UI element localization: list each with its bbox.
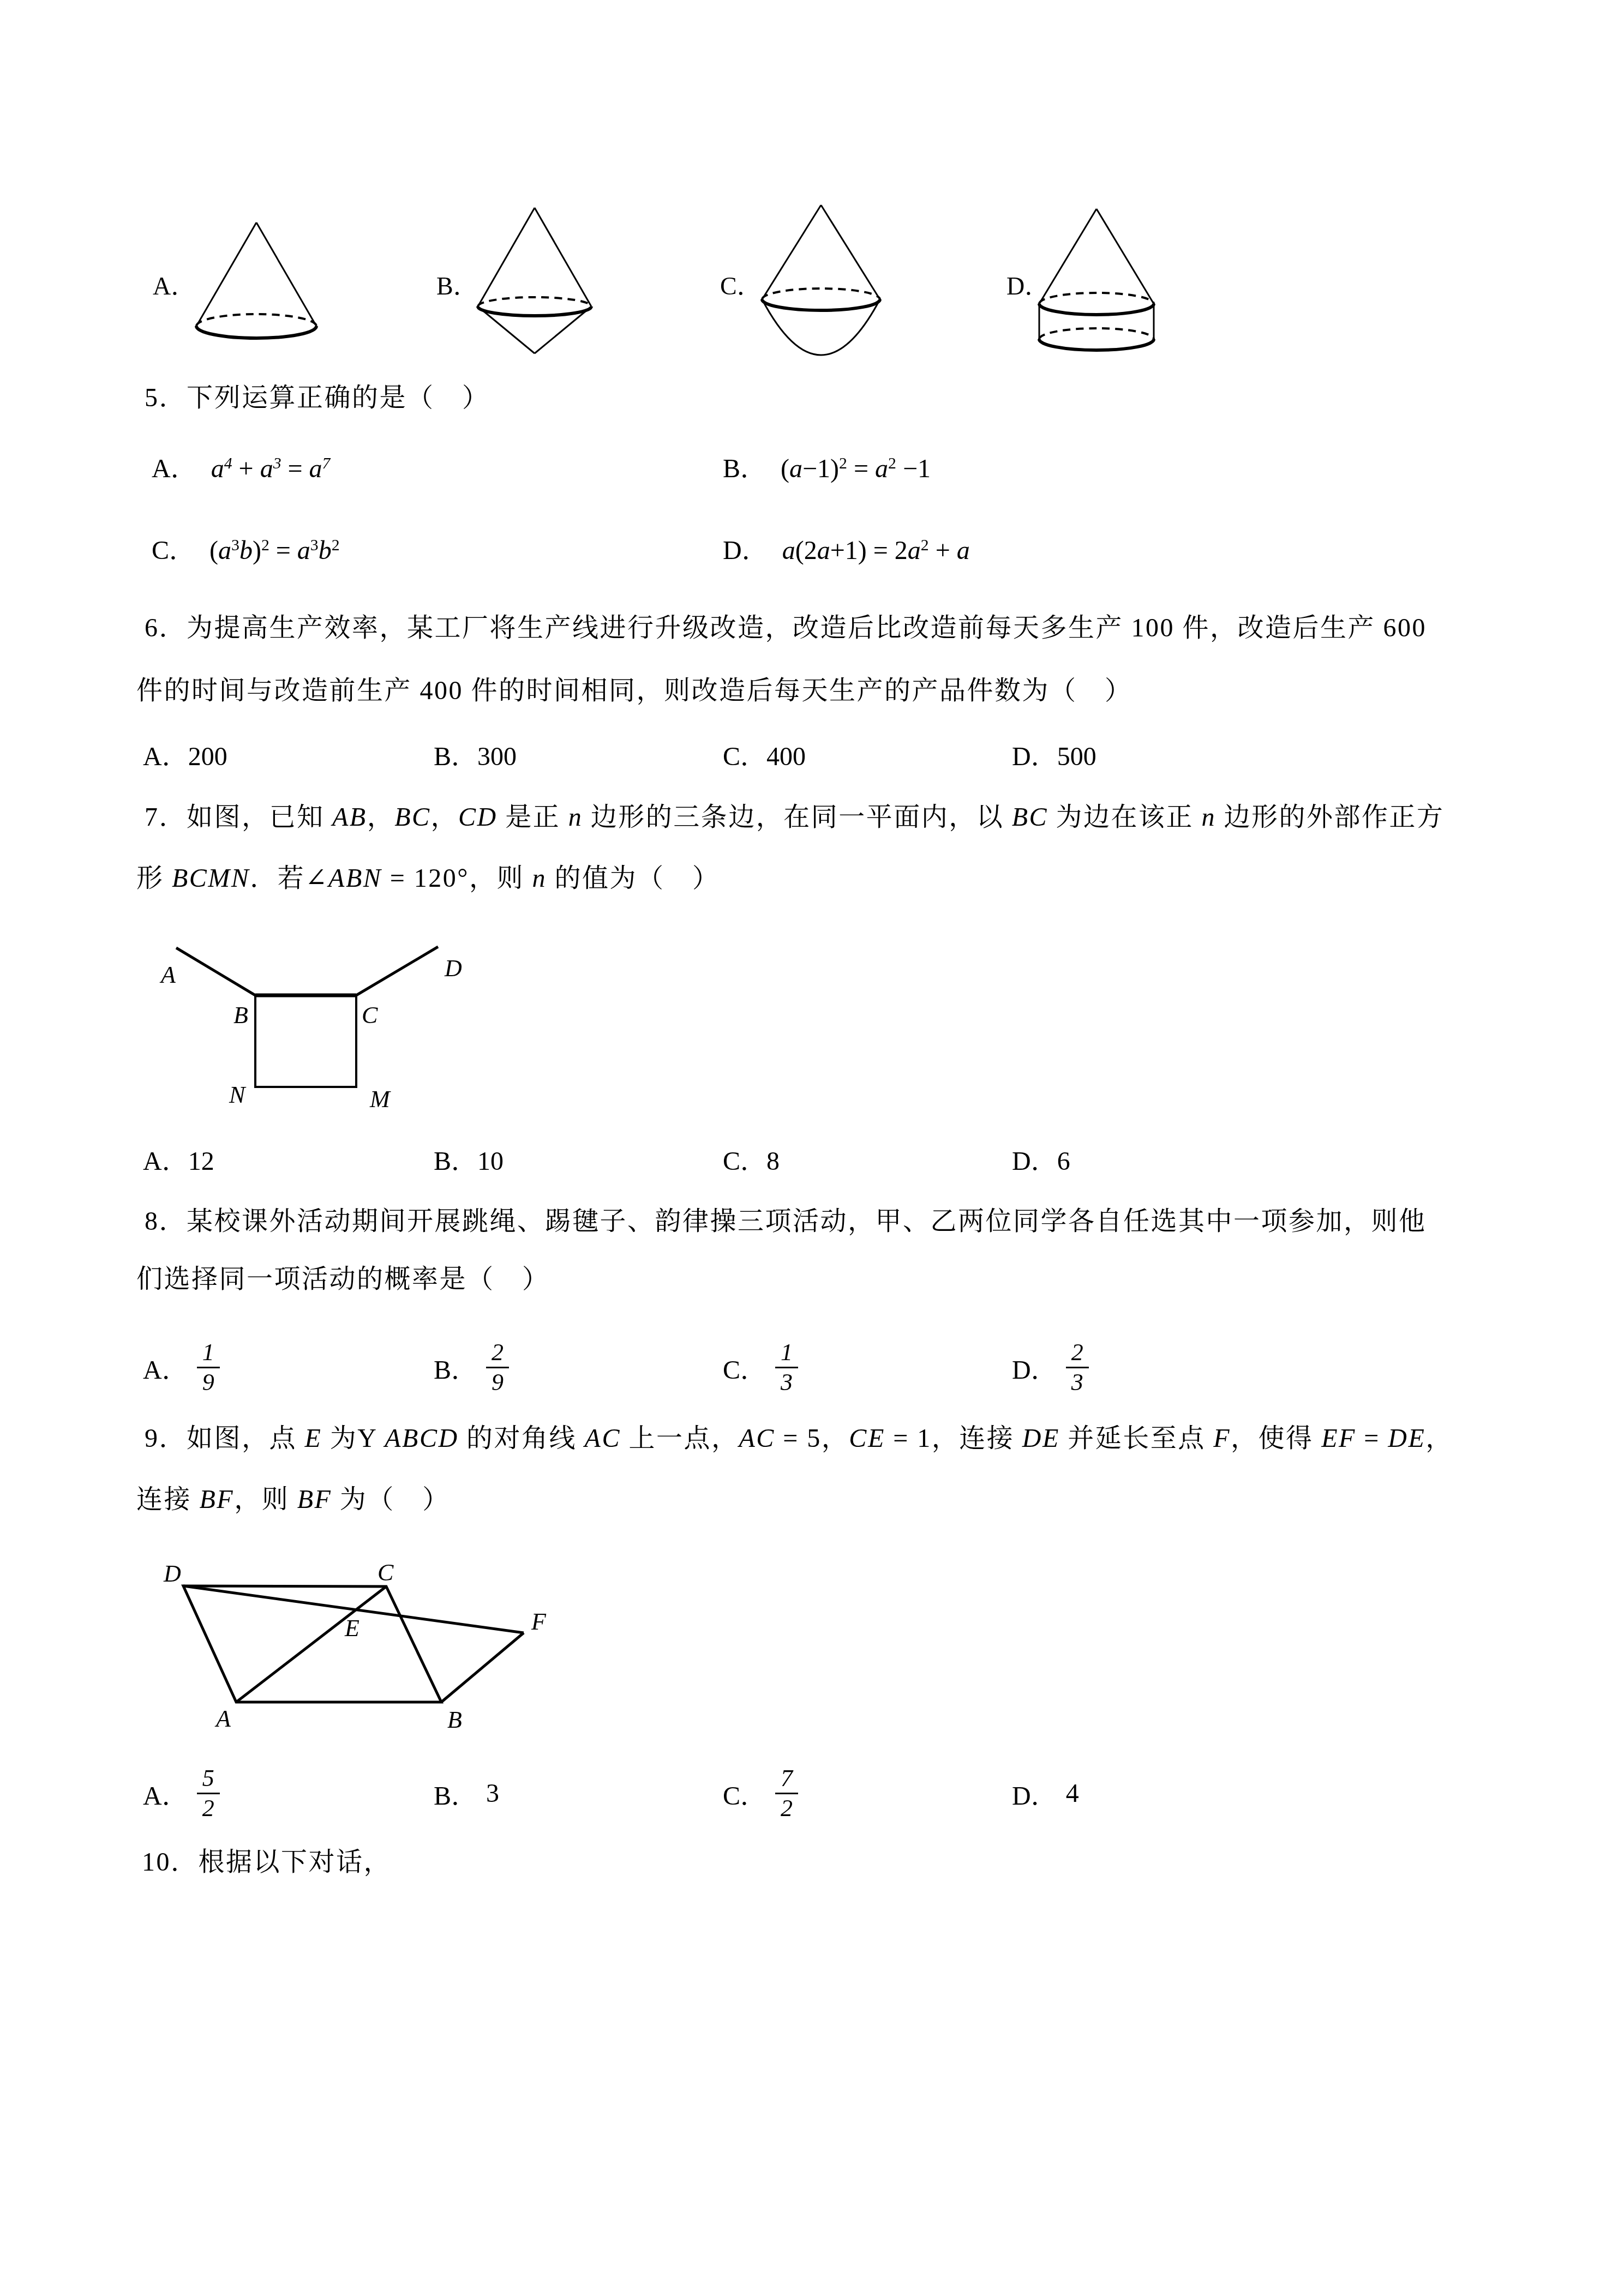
q8-option-b-label: B． bbox=[434, 1349, 477, 1386]
q7-figure-label-m: M bbox=[369, 1086, 391, 1113]
q5-option-c-label: C． bbox=[152, 534, 195, 567]
q5-option-b-formula: (a−1)2 = a2 −1 bbox=[781, 453, 931, 489]
q7-figure-label-a: A bbox=[159, 961, 176, 988]
fraction-denominator: 3 bbox=[775, 1367, 798, 1397]
q5-option-b-label: B． bbox=[723, 453, 766, 485]
fraction-denominator: 9 bbox=[486, 1367, 509, 1397]
fraction-denominator: 9 bbox=[197, 1367, 220, 1397]
q6-option-d: D．500 bbox=[1012, 741, 1096, 773]
q6-option-a: A．200 bbox=[143, 741, 227, 773]
fraction-denominator: 2 bbox=[775, 1793, 798, 1823]
cone-figure-a bbox=[188, 215, 325, 349]
q9-option-c-fraction: 7 2 bbox=[775, 1764, 798, 1823]
q9-parallelogram-figure: D C E F A B bbox=[153, 1560, 567, 1756]
q7-option-d: D．6 bbox=[1012, 1145, 1070, 1178]
fraction-numerator: 1 bbox=[197, 1338, 220, 1367]
q5-option-d-formula: a(2a+1) = 2a2 + a bbox=[782, 534, 970, 570]
q8-option-c-label: C． bbox=[723, 1349, 766, 1386]
fraction-numerator: 1 bbox=[775, 1338, 798, 1367]
q7-figure-label-b: B bbox=[233, 1002, 248, 1029]
q9-option-c-label: C． bbox=[723, 1775, 766, 1812]
fraction-numerator: 2 bbox=[486, 1338, 509, 1367]
q9-option-b-label: B． bbox=[434, 1775, 477, 1812]
q9-option-a-label: A． bbox=[143, 1775, 188, 1812]
q9-figure-label-d: D bbox=[163, 1560, 181, 1587]
q9-figure-label-a: A bbox=[214, 1705, 231, 1732]
cone-figure-d bbox=[1028, 203, 1165, 356]
question-8-line-1: 8．某校课外活动期间开展跳绳、踢毽子、韵律操三项活动，甲、乙两位同学各自任选其中… bbox=[145, 1205, 1427, 1238]
question-7-line-2: 形 BCMN．若∠ABN = 120°，则 n 的值为（ ） bbox=[136, 862, 720, 895]
q8-option-d-fraction: 2 3 bbox=[1066, 1338, 1089, 1397]
q5-option-a-formula: a4 + a3 = a7 bbox=[211, 453, 331, 489]
q7-figure-label-n: N bbox=[229, 1081, 247, 1108]
q9-option-a: A． 5 2 bbox=[143, 1758, 220, 1829]
q6-option-c: C．400 bbox=[723, 741, 806, 773]
q8-option-b: B． 2 9 bbox=[434, 1332, 509, 1403]
q5-option-a: A． a4 + a3 = a7 bbox=[152, 453, 330, 489]
question-9-line-2: 连接 BF，则 BF 为（ ） bbox=[136, 1483, 450, 1516]
q8-option-b-fraction: 2 9 bbox=[486, 1338, 509, 1397]
q8-option-d: D． 2 3 bbox=[1012, 1332, 1089, 1403]
q5-option-b: B． (a−1)2 = a2 −1 bbox=[723, 453, 931, 489]
q5-option-c-formula: (a3b)2 = a3b2 bbox=[209, 534, 340, 570]
question-6-line-2: 件的时间与改造前生产 400 件的时间相同，则改造后每天生产的产品件数为（ ） bbox=[136, 675, 1132, 707]
fraction-denominator: 3 bbox=[1066, 1367, 1089, 1397]
q9-option-d-value: 4 bbox=[1066, 1778, 1079, 1808]
question-8-line-2: 们选择同一项活动的概率是（ ） bbox=[136, 1263, 550, 1296]
q7-option-a: A．12 bbox=[143, 1145, 214, 1178]
fraction-denominator: 2 bbox=[197, 1793, 220, 1823]
question-10-line-1: 10．根据以下对话， bbox=[142, 1846, 391, 1879]
question-5-title: 5．下列运算正确的是（ ） bbox=[145, 382, 490, 414]
fraction-numerator: 2 bbox=[1066, 1338, 1089, 1367]
q7-figure-label-d: D bbox=[444, 955, 462, 982]
q7-option-b: B．10 bbox=[434, 1145, 504, 1178]
cone-figure-b bbox=[466, 202, 603, 360]
fraction-numerator: 5 bbox=[197, 1764, 220, 1793]
exam-page: A． B． C． D． 5．下列运算正确的是（ ） A． a4 + bbox=[0, 0, 1624, 2296]
q5-option-d: D． a(2a+1) = 2a2 + a bbox=[723, 534, 970, 570]
q9-figure-label-c: C bbox=[377, 1559, 394, 1586]
q6-option-b: B．300 bbox=[434, 741, 517, 773]
q8-option-c-fraction: 1 3 bbox=[775, 1338, 798, 1397]
q9-figure-label-b: B bbox=[447, 1706, 462, 1733]
q7-figure-label-c: C bbox=[362, 1002, 378, 1029]
q5-option-c: C． (a3b)2 = a3b2 bbox=[152, 534, 340, 570]
q9-option-a-fraction: 5 2 bbox=[197, 1764, 220, 1823]
q5-option-a-label: A． bbox=[152, 453, 197, 485]
q5-option-d-label: D． bbox=[723, 534, 768, 567]
cone-figure-c bbox=[753, 199, 889, 360]
q8-option-a-fraction: 1 9 bbox=[197, 1338, 220, 1397]
question-7-line-1: 7．如图，已知 AB，BC，CD 是正 n 边形的三条边，在同一平面内，以 BC… bbox=[145, 801, 1445, 834]
question-9-line-1: 9．如图，点 E 为Y ABCD 的对角线 AC 上一点，AC = 5，CE =… bbox=[145, 1422, 1453, 1455]
q9-option-d: D． 4 bbox=[1012, 1758, 1079, 1829]
q8-option-a-label: A． bbox=[143, 1349, 188, 1386]
q9-figure-label-f: F bbox=[531, 1608, 547, 1635]
q8-option-c: C． 1 3 bbox=[723, 1332, 798, 1403]
q7-square-figure: A B C D N M bbox=[153, 922, 480, 1129]
q9-option-d-label: D． bbox=[1012, 1775, 1057, 1812]
q9-figure-label-e: E bbox=[344, 1615, 359, 1642]
fraction-numerator: 7 bbox=[775, 1764, 798, 1793]
q7-option-c: C．8 bbox=[723, 1145, 780, 1178]
q9-option-b: B． 3 bbox=[434, 1758, 499, 1829]
q9-option-c: C． 7 2 bbox=[723, 1758, 798, 1829]
q8-option-d-label: D． bbox=[1012, 1349, 1057, 1386]
question-6-line-1: 6．为提高生产效率，某工厂将生产线进行升级改造，改造后比改造前每天多生产 100… bbox=[145, 612, 1427, 645]
q8-option-a: A． 1 9 bbox=[143, 1332, 220, 1403]
q9-option-b-value: 3 bbox=[486, 1778, 499, 1808]
